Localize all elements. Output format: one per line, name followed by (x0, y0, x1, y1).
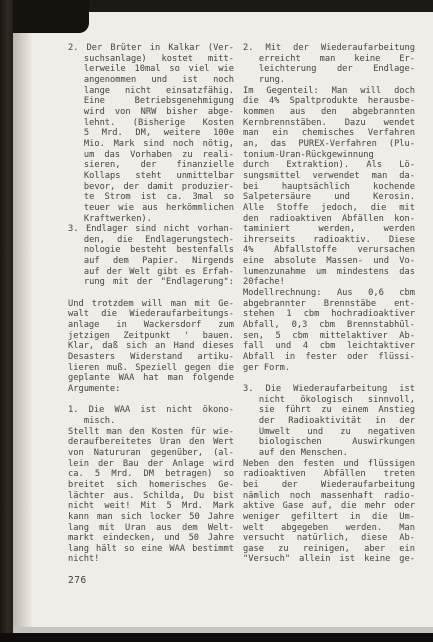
text-line (68, 395, 234, 406)
text-line: 5 Mrd. DM, weitere 100e (68, 128, 234, 139)
text-line: ger Form. (243, 363, 415, 374)
text-line: den, die Endlagerungstech- (68, 235, 234, 246)
text-line: 3. Endlager sind nicht vorhan- (68, 224, 234, 235)
text-line: abgebrannter Brennstäbe ent- (243, 299, 415, 310)
text-line: lang hält so eine WAA bestimmt (68, 544, 234, 555)
text-line: erreicht man keine Er- (243, 54, 415, 65)
text-line: rung. (243, 75, 415, 86)
text-line: Im Gegenteil: Man will doch (243, 86, 415, 97)
text-line: 4% Abfallstoffe verursachen (243, 245, 415, 256)
text-line: nologie besteht bestenfalls (68, 245, 234, 256)
page-number: 276 (68, 575, 87, 586)
text-line: auf der Welt gibt es Erfah- (68, 267, 234, 278)
text-line: auf dem Papier. Nirgends (68, 256, 234, 267)
text-line: teuer wie aus herkömmlichen (68, 203, 234, 214)
text-line: man ein chemisches Verfahren (243, 128, 415, 139)
text-line: taminiert werden, werden (243, 224, 415, 235)
text-line: anlage in Wackersdorf zum (68, 320, 234, 331)
text-line: markt eindecken, und 50 Jahre (68, 533, 234, 544)
text-line: auf den Menschen. (243, 448, 415, 459)
text-line: jetzigen Zeitpunkt ' bauen. (68, 331, 234, 342)
text-line: breitet sich homerisches Ge- (68, 480, 234, 491)
text-line: aktive Gase auf, die mehr oder (243, 501, 415, 512)
text-line: sungsmittel verwendet man da- (243, 171, 415, 182)
text-column-right: 2. Mit der Wiederaufarbeitungerreicht ma… (243, 43, 415, 565)
text-line: misch. (68, 416, 234, 427)
text-line: lumenzunahme um mindestens das (243, 267, 415, 278)
text-line: kann man sich locker 50 Jahre (68, 512, 234, 523)
text-line: lieren muß. Speziell gegen die (68, 363, 234, 374)
text-line: Kollaps steht unmittelbar (68, 171, 234, 182)
text-line: Salpetersäure und Kerosin. (243, 192, 415, 203)
text-line: "Versuch" allein ist keine ge- (243, 554, 415, 565)
text-line (243, 373, 415, 384)
text-line: angenommen und ist noch (68, 75, 234, 86)
text-line: um das Vorhaben zu reali- (68, 150, 234, 161)
text-line: rung mit der "Endlagerung": (68, 277, 234, 288)
text-line: Kernbrennstäben. Dazu wendet (243, 118, 415, 129)
text-line: 2. Mit der Wiederaufarbeitung (243, 43, 415, 54)
text-line: nicht ökologisch sinnvoll, (243, 395, 415, 406)
text-line: suchsanlage) kostet mitt- (68, 54, 234, 65)
text-line: radioaktiven Abfällen treten (243, 469, 415, 480)
text-line: lehnt. (Bisherige Kosten (68, 118, 234, 129)
text-line: lächter aus. Schilda, Du bist (68, 491, 234, 502)
text-line: 1. Die WAA ist nicht ökono- (68, 405, 234, 416)
text-line: walt die Wiederaufarbeitungs- (68, 309, 234, 320)
text-line: Mio. Mark sind noch nötig, (68, 139, 234, 150)
text-line: stehen 1 cbm hochradioaktiver (243, 309, 415, 320)
text-column-left: 2. Der Brüter in Kalkar (Ver-suchsanlage… (68, 43, 234, 565)
text-line: ihrerseits radioaktiv. Diese (243, 235, 415, 246)
text-line: nicht! (68, 554, 234, 565)
text-line: Modellrechnung: Aus 0,6 cbm (243, 288, 415, 299)
text-line: deraufbereitetes Uran den Wert (68, 437, 234, 448)
text-line: Desasters Widerstand artiku- (68, 352, 234, 363)
text-line: lange nicht einsatzfähig. (68, 86, 234, 97)
text-line: durch Extraktion). Als Lö- (243, 160, 415, 171)
text-line: die 4% Spaltprodukte herausbe- (243, 96, 415, 107)
text-line: sieren, der finanzielle (68, 160, 234, 171)
text-line: nämlich noch massenhaft radio- (243, 491, 415, 502)
text-line: leichterung der Endlage- (243, 64, 415, 75)
text-line: sen, 5 cbm mittelaktiver Ab- (243, 331, 415, 342)
text-line: nicht weit! Mit 5 Mrd. Mark (68, 501, 234, 512)
text-line: Stellt man den Kosten für wie- (68, 427, 234, 438)
text-line: sie führt zu einem Anstieg (243, 405, 415, 416)
text-line: von Natururan gegenüber, (al- (68, 448, 234, 459)
text-line: kommen aus den abgebrannten (243, 107, 415, 118)
text-line: Abfall in fester oder flüssi- (243, 352, 415, 363)
text-line: Alle Stoffe jedoch, die mit (243, 203, 415, 214)
scan-edge-left (0, 0, 13, 642)
text-line: te Strom ist ca. 3mal so (68, 192, 234, 203)
text-line: fall und 4 cbm leichtaktiver (243, 341, 415, 352)
text-line: weniger gefiltert in die Um- (243, 512, 415, 523)
text-line: welt abgegeben werden. Man (243, 523, 415, 534)
text-line: Neben den festen und flüssigen (243, 459, 415, 470)
text-line: Argumente: (68, 384, 234, 395)
text-line: Abfall, 0,3 cbm Brennstabhül- (243, 320, 415, 331)
text-line: 2. Der Brüter in Kalkar (Ver- (68, 43, 234, 54)
text-line: Umwelt und zu negativen (243, 427, 415, 438)
text-line: geplante WAA hat man folgende (68, 373, 234, 384)
text-line: der Radioaktivität in der (243, 416, 415, 427)
text-line: bei der Wiederaufarbeitung (243, 480, 415, 491)
text-line: eine absolute Massen- und Vo- (243, 256, 415, 267)
text-line: wird von NRW bisher abge- (68, 107, 234, 118)
text-line: gase zu reinigen, aber ein (243, 544, 415, 555)
text-line: lerweile 10mal so viel wie (68, 64, 234, 75)
text-line: Klar, daß sich an Hand dieses (68, 341, 234, 352)
text-line: bevor, der damit produzier- (68, 182, 234, 193)
scan-edge-bottom (0, 633, 433, 642)
text-line: lein der Bau der Anlage wird (68, 459, 234, 470)
text-line: versucht natürlich, diese Ab- (243, 533, 415, 544)
text-line: 20fache! (243, 277, 415, 288)
scan-corner-block (0, 0, 89, 33)
text-line: bei hauptsächlich kochende (243, 182, 415, 193)
text-line: Eine Betriebsgenehmigung (68, 96, 234, 107)
book-spine-shadow (13, 12, 33, 627)
text-line: biologischen Auswirkungen (243, 437, 415, 448)
scanned-book-page: 2. Der Brüter in Kalkar (Ver-suchsanlage… (0, 0, 433, 642)
text-line: 3. Die Wiederaufarbeitung ist (243, 384, 415, 395)
text-line (68, 288, 234, 299)
text-line: tonium-Uran-Rückgewinnung (243, 150, 415, 161)
text-line: den radioaktiven Abfällen kon- (243, 214, 415, 225)
text-line: ca. 5 Mrd. DM betragen) so (68, 469, 234, 480)
text-line: Und trotzdem will man mit Ge- (68, 299, 234, 310)
text-line: an, das PUREX-Verfahren (Plu- (243, 139, 415, 150)
text-line: Kraftwerken). (68, 214, 234, 225)
text-line: lang mit Uran aus dem Welt- (68, 523, 234, 534)
